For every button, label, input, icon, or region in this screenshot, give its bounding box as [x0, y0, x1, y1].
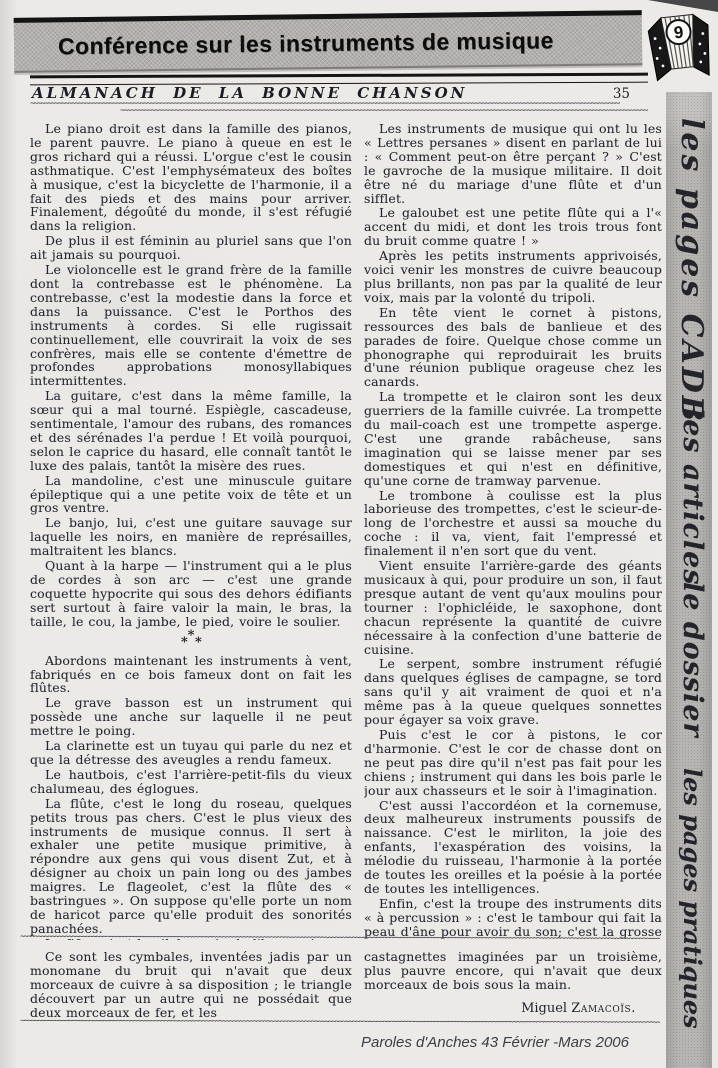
asterism-separator: * * *	[30, 631, 352, 651]
paragraph: Après les petits instruments apprivoisés…	[364, 249, 662, 305]
scanned-magazine-page: Conférence sur les instruments de musiqu…	[0, 0, 718, 1068]
wavy-divider: ~~~~~~~~~~~~~~~~~~~~~~~~~~~~~~~~~~~~~~~~…	[20, 935, 660, 943]
issue-footer: Paroles d'Anches 43 Février -Mars 2006	[330, 1034, 660, 1051]
paragraph: Vient ensuite l'arrière-garde des géants…	[364, 559, 662, 656]
masthead-title: ALMANACH DE LA BONNE CHANSON	[32, 84, 467, 102]
paragraph: La mandoline, c'est une minuscule guitar…	[30, 474, 352, 516]
author-first-name: Miguel	[521, 1001, 567, 1016]
badge-page-number: 9	[673, 23, 684, 43]
paragraph: La guitare, c'est dans la même famille, …	[30, 389, 352, 472]
paragraph: La clarinette est un tuyau qui parle du …	[30, 739, 352, 767]
paragraph: Le banjo, lui, c'est une guitare sauvage…	[30, 516, 352, 558]
right-column-text: Les instruments de musique qui ont lu le…	[364, 122, 662, 940]
paragraph: Le trombone à coulisse est la plus labor…	[364, 489, 662, 559]
wavy-rule: ~~~~~~~~~~~~~~~~~~~~~~~~~~~~~~~~~~~~~~~~…	[120, 109, 648, 115]
paragraph: La flûte, c'est le long du roseau, quelq…	[30, 797, 352, 936]
accordion-page-badge: 9	[644, 6, 716, 86]
bottom-left-column: Ce sont les cymbales, inventées jadis pa…	[30, 950, 352, 1022]
paragraph: Puis c'est le cor à pistons, le cor d'ha…	[364, 728, 662, 798]
article-body: Le piano droit est dans la famille des p…	[30, 122, 662, 940]
author-last-name: Zamacoïs.	[571, 1001, 636, 1016]
paragraph: Le serpent, sombre instrument réfugié da…	[364, 657, 662, 727]
accordion-icon: 9	[644, 6, 716, 86]
masthead-row: ALMANACH DE LA BONNE CHANSON 35	[32, 84, 648, 102]
paragraph: Le violoncelle est le grand frère de la …	[30, 263, 352, 388]
page-number: 35	[613, 86, 648, 102]
paragraph: Enfin, c'est la troupe des instruments d…	[364, 897, 662, 940]
paragraph: En tête vient le cornet à pistons, resso…	[364, 306, 662, 389]
article-title: Conférence sur les instruments de musiqu…	[14, 27, 554, 61]
asterisk: *	[188, 628, 195, 643]
sidebar-item-pages-pratiques: les pages pratiques	[678, 768, 707, 1029]
bottom-right-column: castagnettes imaginées par un troisième,…	[364, 950, 662, 1022]
paragraph: Abordons maintenant les instruments à ve…	[30, 654, 352, 696]
paragraph: Le grave basson est un instrument qui po…	[30, 696, 352, 738]
paragraph: De plus il est féminin au pluriel sans q…	[30, 234, 352, 262]
wavy-divider: ~~~~~~~~~~~~~~~~~~~~~~~~~~~~~~~~~~~~~~~~…	[20, 1019, 660, 1027]
left-column-part2: Abordons maintenant les instruments à ve…	[30, 654, 352, 940]
left-column: Le piano droit est dans la famille des p…	[30, 122, 352, 940]
asterisk: *	[195, 635, 202, 650]
paragraph: La trompette et le clairon sont les deux…	[364, 390, 662, 487]
paragraph: Ce sont les cymbales, inventées jadis pa…	[30, 950, 352, 1020]
wavy-rule: ~~~~~~~~~~~~~~~~~~~~~~~~~~~~~~~~~~~~~~~~…	[30, 102, 620, 108]
right-column: Les instruments de musique qui ont lu le…	[364, 122, 662, 940]
paragraph: Le galoubet est une petite flûte qui a l…	[364, 206, 662, 248]
left-column-part1: Le piano droit est dans la famille des p…	[30, 122, 352, 629]
paragraph: castagnettes imaginées par un troisième,…	[364, 950, 662, 992]
sidebar-item-articles: les articles	[677, 408, 708, 586]
paragraph: Le hautbois, c'est l'arrière-petit-fils …	[30, 768, 352, 796]
paragraph: Le piano droit est dans la famille des p…	[30, 122, 352, 233]
article-title-banner: Conférence sur les instruments de musiqu…	[14, 10, 643, 73]
author-signature: Miguel Zamacoïs.	[364, 1001, 662, 1016]
sidebar-item-pages-cadb: les pages CADB	[674, 118, 709, 424]
paragraph: Quant à la harpe — l'instrument qui a le…	[30, 559, 352, 629]
paragraph: C'est aussi l'accordéon et la cornemuse,…	[364, 799, 662, 896]
asterisk: *	[181, 635, 188, 650]
sidebar-item-dossier: le dossier	[677, 582, 708, 738]
bottom-section: Ce sont les cymbales, inventées jadis pa…	[30, 950, 662, 1022]
paragraph: Les instruments de musique qui ont lu le…	[364, 122, 662, 205]
